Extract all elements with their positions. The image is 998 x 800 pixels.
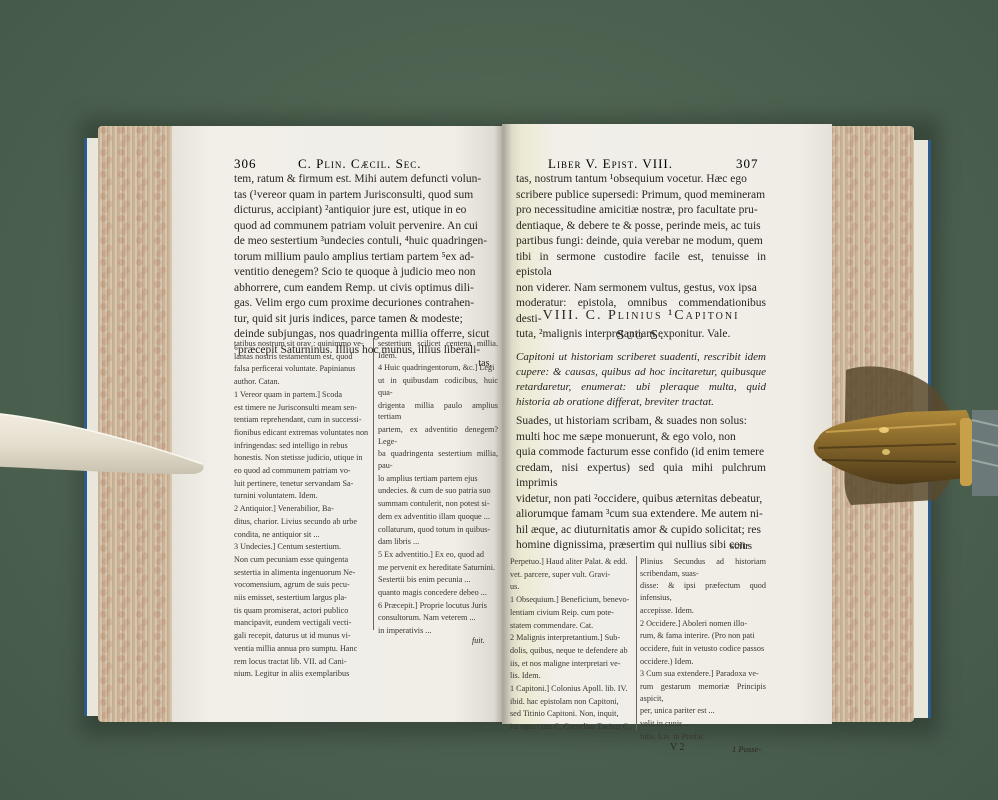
notes-catchword: 1 Posse-	[732, 744, 761, 754]
body-line: Suades, ut historiam scribam, & suades n…	[516, 414, 766, 430]
note-line: us.	[510, 581, 634, 593]
note-line: ditus, charior. Livius secundo ab urbe	[234, 516, 370, 528]
printer-signature: V 2	[670, 742, 685, 753]
body-line: homine dignissima, præsertim qui nullius…	[516, 538, 766, 554]
note-line: partem, ex adventitio denegem? Lege-	[378, 424, 498, 447]
body-line: quia commode facturum esse confido (id e…	[516, 445, 766, 461]
notes-column-rule	[373, 338, 374, 630]
right-catchword: scius	[730, 540, 752, 552]
note-line: occidere.) Idem.	[640, 656, 766, 668]
left-notes-column-2: sestertium scilicet centena millia. Idem…	[378, 338, 498, 638]
body-line: gas. Velim ergo cum proxime decuriones c…	[234, 296, 496, 312]
body-line: tur, quid sit juris indices, parce tamen…	[234, 312, 496, 328]
note-line: ibid. hac epistolam non Capitoni,	[510, 696, 634, 708]
note-line: rem locus tractat lib. VII. ad Cani-	[234, 656, 370, 668]
note-line: ita opus cum C. Cornelius Tacitus C.	[510, 721, 634, 733]
note-line: condita, ne antiquior sit ...	[234, 529, 370, 541]
notes-column-rule	[636, 556, 637, 730]
note-line: infringendas: sed intelligo in rebus	[234, 440, 370, 452]
note-line: tis quam promiserat, actori publico	[234, 605, 370, 617]
note-line: Sestertii bis enim pecunia ...	[378, 574, 498, 586]
note-line: niis emisset, sestertium largus pla-	[234, 592, 370, 604]
note-line: sestertium scilicet centena millia. Idem…	[378, 338, 498, 361]
note-line: iis, et nos maligne interpretari ve-	[510, 658, 634, 670]
body-line: quod ad communem patriam voluit pervenir…	[234, 219, 496, 235]
body-line: credam, nisi expertus) sed quia mihi pul…	[516, 461, 766, 492]
note-line: statem commendare. Cat.	[510, 620, 634, 632]
note-line: turnini voluntatem. Idem.	[234, 490, 370, 502]
note-line: dolis, quibus, neque te defendere ab	[510, 645, 634, 657]
note-line: consultorum. Nam veterem ...	[378, 612, 498, 624]
body-line: dicturus, accipiant) ²antiquior jure est…	[234, 203, 496, 219]
note-line: velit in cunis ...	[640, 718, 766, 730]
note-line: mancipavit, eundem vectigali vecti-	[234, 617, 370, 629]
note-line: rum gestarum memoriæ Principis aspicit,	[640, 681, 766, 704]
note-line: 4 Huic quadringentorum, &c.] Legi	[378, 362, 498, 374]
note-line: undecies. & cum de suo patria suo	[378, 485, 498, 497]
note-line: 1 Vereor quam in partem.] Scoda	[234, 389, 370, 401]
epistle-heading-line2: Suo S.	[516, 326, 766, 346]
note-line: fionibus edicant extremas voluntates non	[234, 427, 370, 439]
left-running-head: C. Plin. Cæcil. Sec.	[298, 156, 422, 172]
left-notes-column-1: tatibus nostrum sit orav : quinimmo ve- …	[234, 338, 370, 681]
note-line: Plinius Secundus ad historiam scribendam…	[640, 556, 766, 579]
note-line: tatibus nostrum sit orav : quinimmo ve-	[234, 338, 370, 350]
body-line: hil æque, ac diuturnitatis amor & cupido…	[516, 523, 766, 539]
note-line: occidere, fuit in vetusto codice passos	[640, 643, 766, 655]
body-line: partibus fungi: deinde, quia verebar ne …	[516, 234, 766, 250]
left-notes-end: fuit.	[472, 636, 485, 645]
epistle-heading-line1: VIII. C. Plinius ¹Capitoni	[516, 306, 766, 326]
note-line: vocomensium, agrum de suis pecu-	[234, 579, 370, 591]
note-line: fatis. Liv. in Præfat.	[640, 731, 766, 743]
note-line: eo quod ad communem patriam vo-	[234, 465, 370, 477]
note-line: 1 Capitoni.] Colonius Apoll. lib. IV.	[510, 683, 634, 695]
body-line: videtur, non pati ²occidere, quibus æter…	[516, 492, 766, 508]
note-line: lentiam civium Reip. cum pote-	[510, 607, 634, 619]
body-line: tibi in sermone custodire facile est, te…	[516, 250, 766, 281]
note-line: 3 Cum sua extendere.] Paradoxa ve-	[640, 668, 766, 680]
note-line: per, unica pariter est ...	[640, 705, 766, 717]
right-running-head: Liber V. Epist. VIII.	[548, 156, 673, 172]
note-line: author. Catan.	[234, 376, 370, 388]
note-line: disse: & ipsi præfectum quod infensius,	[640, 580, 766, 603]
right-notes-column-2: Plinius Secundus ad historiam scribendam…	[640, 556, 766, 744]
body-line: tem, ratum & firmum est. Mihi autem defu…	[234, 172, 496, 188]
right-page-number: 307	[736, 156, 759, 172]
note-line: accepisse. Idem.	[640, 605, 766, 617]
note-line: ut in quibusdam codicibus, huic qua-	[378, 375, 498, 398]
note-line: summam contulerit, non potest si-	[378, 498, 498, 510]
body-line: tas, nostrum tantum ¹obsequium vocetur. …	[516, 172, 766, 188]
note-line: falsa perficerai voluntate. Papinianus	[234, 363, 370, 375]
body-line: de meo sestertium ³undecies contuli, ⁴hu…	[234, 234, 496, 250]
note-line: rum, & fama interire. (Pro non pati	[640, 630, 766, 642]
left-body-text: tem, ratum & firmum est. Mihi autem defu…	[234, 172, 496, 358]
letter-body-text: Suades, ut historiam scribam, & suades n…	[516, 414, 766, 554]
note-line: quanto magis concedere debeo ...	[378, 587, 498, 599]
book-gutter	[494, 124, 512, 724]
note-line: luit pertinere, tenetur servandam Sa-	[234, 478, 370, 490]
body-line: non viderer. Nam sermonem vultus, gestus…	[516, 281, 766, 297]
body-line: dentiaque, & debere te & posse, perinde …	[516, 219, 766, 235]
note-line: sestertia in alimenta ingenuorum Ne-	[234, 567, 370, 579]
brass-hand-weight-icon	[806, 360, 998, 510]
epistle-heading: VIII. C. Plinius ¹Capitoni Suo S.	[516, 306, 766, 346]
note-line: dam libris ...	[378, 536, 498, 548]
body-line: tas (¹vereor quam in partem Jurisconsult…	[234, 188, 496, 204]
note-line: ventia millia annua pro sumptu. Hanc	[234, 643, 370, 655]
paper-knife-icon	[0, 408, 208, 478]
body-line: scribere publice supersedi: Primum, quod…	[516, 188, 766, 204]
note-line: ba quadringenta sestertium millia, pau-	[378, 448, 498, 471]
body-line: pro necessitudine amicitiæ nostræ, pro f…	[516, 203, 766, 219]
note-line: 2 Malignis interpretantium.] Sub-	[510, 632, 634, 644]
right-notes-column-1: Perpetuo.] Haud aliter Palat. & edd. vet…	[510, 556, 634, 734]
note-line: gali recepit, daturus ut id munus vi-	[234, 630, 370, 642]
note-line: 5 Ex adventitio.] Ex eo, quod ad	[378, 549, 498, 561]
note-line: lantas nostris testamentum est, quod	[234, 351, 370, 363]
note-line: Non cum pecuniam esse quingenta	[234, 554, 370, 566]
note-line: lis. Idem.	[510, 670, 634, 682]
note-line: sed Titinio Capitoni. Non, inquit,	[510, 708, 634, 720]
note-line: drigenta millia paulo amplius tertiam	[378, 400, 498, 423]
note-line: 2 Antiquior.] Venerabilior, Ba-	[234, 503, 370, 515]
note-line: est timere ne Jurisconsulti meam sen-	[234, 402, 370, 414]
body-line: aliorumque famam ³cum sua extendere. Me …	[516, 507, 766, 523]
left-page: 306 C. Plin. Cæcil. Sec. tem, ratum & fi…	[172, 126, 504, 722]
note-line: honestis. Non stetisse judicio, utique i…	[234, 452, 370, 464]
note-line: 1 Obsequium.] Beneficium, benevo-	[510, 594, 634, 606]
note-line: me pervenit ex hereditate Saturnini.	[378, 562, 498, 574]
note-line: Perpetuo.] Haud aliter Palat. & edd.	[510, 556, 634, 568]
note-line: 2 Occidere.] Aboleri nomen illo-	[640, 618, 766, 630]
note-line: nium. Legitur in aliis exemplaribus	[234, 668, 370, 680]
note-line: lo amplius tertiam partem ejus	[378, 473, 498, 485]
note-line: 3 Undecies.] Centum sestertium.	[234, 541, 370, 553]
epistle-summary: Capitoni ut historiam scriberet suadenti…	[516, 350, 766, 410]
right-page: Liber V. Epist. VIII. 307 tas, nostrum t…	[502, 124, 832, 724]
note-line: collaturum, quod totum in quibus-	[378, 524, 498, 536]
body-line: torum millium paulo amplius tertiam part…	[234, 250, 496, 266]
note-line: tentiam reprehendant, cum in successi-	[234, 414, 370, 426]
note-line: 6 Præcepit.] Proprie locutus Juris	[378, 600, 498, 612]
left-page-number: 306	[234, 156, 257, 172]
note-line: dem ex adventitio illam quoque ...	[378, 511, 498, 523]
body-line: abhorrere, cum eandem Remp. ut civis opt…	[234, 281, 496, 297]
note-line: vet. parcere, super vult. Gravi-	[510, 569, 634, 581]
body-line: multi hoc me sæpe monuerunt, & ego volo,…	[516, 430, 766, 446]
body-line: ventitio denegem? Scio te quoque à judic…	[234, 265, 496, 281]
